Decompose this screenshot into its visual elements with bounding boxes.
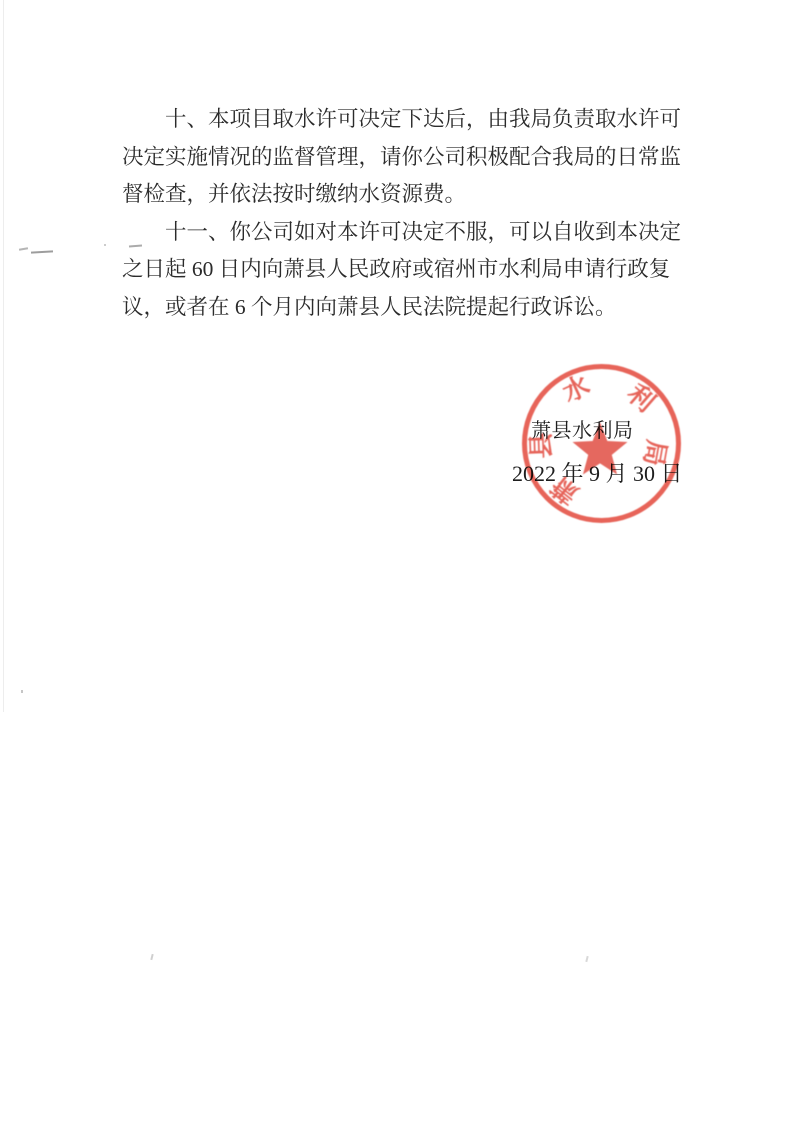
paragraph-2-line-3: 议，或者在 6 个月内向萧县人民法院提起行政诉讼。 xyxy=(122,289,684,327)
document-body: 十、本项目取水许可决定下达后，由我局负责取水许可 决定实施情况的监督管理，请你公… xyxy=(122,101,684,326)
seal-arc-character: 水 xyxy=(558,371,594,407)
seal-star-icon xyxy=(569,420,631,482)
paragraph-2-line-2: 之日起 60 日内向萧县人民政府或宿州市水利局申请行政复 xyxy=(122,251,684,289)
scan-artifact xyxy=(19,247,28,251)
seal-arc-character: 县 xyxy=(528,432,556,460)
scan-edge-line xyxy=(3,0,4,712)
scanned-document-page: 十、本项目取水许可决定下达后，由我局负责取水许可 决定实施情况的监督管理，请你公… xyxy=(0,0,793,1121)
scan-speck xyxy=(21,690,23,693)
scan-speck xyxy=(585,956,588,962)
official-seal: 萧 县 水 利 局 xyxy=(522,364,681,523)
paragraph-1-line-3: 督检查，并依法按时缴纳水资源费。 xyxy=(122,176,684,214)
scan-speck xyxy=(104,244,106,246)
scan-speck xyxy=(150,954,153,960)
scan-artifact xyxy=(31,250,53,253)
paragraph-2-line-1: 十一、你公司如对本许可决定不服，可以自收到本决定 xyxy=(122,214,684,252)
seal-arc-character: 利 xyxy=(622,379,660,417)
paragraph-1-line-1: 十、本项目取水许可决定下达后，由我局负责取水许可 xyxy=(122,101,684,139)
seal-arc-character: 局 xyxy=(639,437,670,468)
paragraph-1-line-2: 决定实施情况的监督管理，请你公司积极配合我局的日常监 xyxy=(122,139,684,177)
